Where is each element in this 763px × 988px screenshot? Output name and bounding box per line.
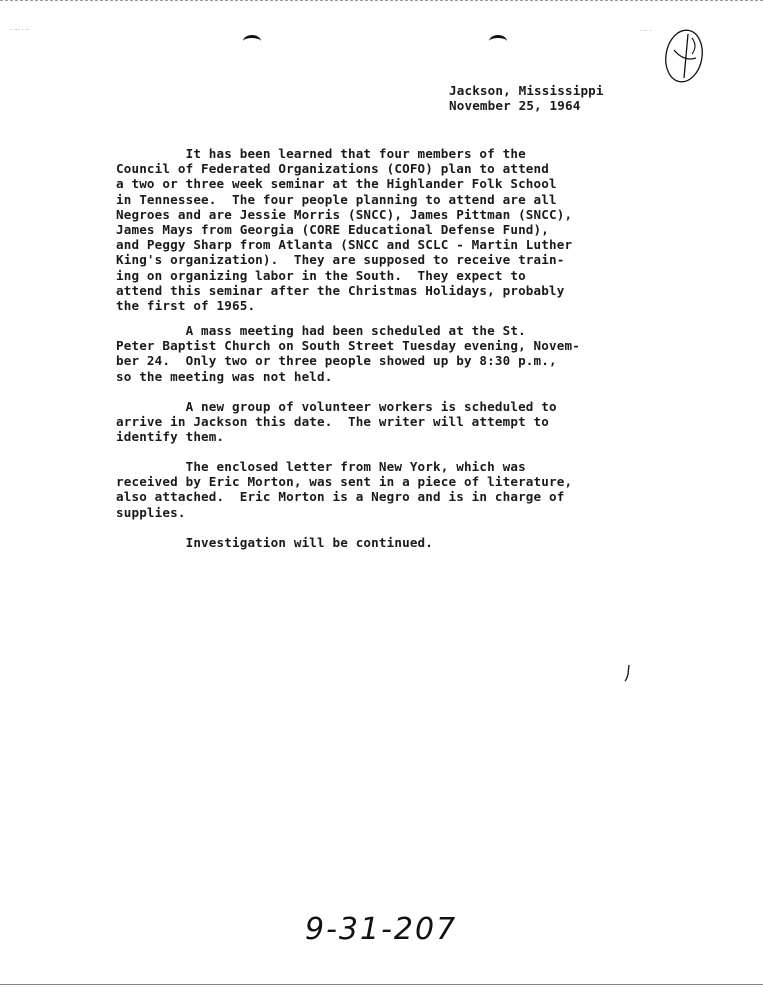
text-line: Negroes and are Jessie Morris (SNCC), Ja… <box>116 207 656 222</box>
bottom-edge-divider <box>0 984 763 985</box>
text-line: James Mays from Georgia (CORE Educationa… <box>116 222 656 237</box>
text-line: supplies. <box>116 505 656 520</box>
scan-specks: · ·· · <box>640 28 651 35</box>
circled-handwritten-mark-icon <box>662 28 706 84</box>
text-line: Council of Federated Organizations (COFO… <box>116 161 656 176</box>
text-line: It has been learned that four members of… <box>116 146 656 161</box>
text-line: in Tennessee. The four people planning t… <box>116 192 656 207</box>
handwritten-tick-icon <box>624 664 630 682</box>
paragraph-cofo-seminar: It has been learned that four members of… <box>116 146 656 313</box>
text-line: the first of 1965. <box>116 298 656 313</box>
top-edge-divider <box>0 0 763 1</box>
text-line: ber 24. Only two or three people showed … <box>116 353 656 368</box>
paragraph-mass-meeting: A mass meeting had been scheduled at the… <box>116 323 656 384</box>
text-line: arrive in Jackson this date. The writer … <box>116 414 656 429</box>
text-line: received by Eric Morton, was sent in a p… <box>116 474 656 489</box>
handwritten-file-number: 9-31-207 <box>305 912 457 947</box>
date-text: November 25, 1964 <box>449 98 604 113</box>
text-line: and Peggy Sharp from Atlanta (SNCC and S… <box>116 237 656 252</box>
text-line: also attached. Eric Morton is a Negro an… <box>116 489 656 504</box>
text-line: attend this seminar after the Christmas … <box>116 283 656 298</box>
text-line: a two or three week seminar at the Highl… <box>116 176 656 191</box>
paragraph-investigation-continued: Investigation will be continued. <box>116 535 656 550</box>
scan-specks: · ··· · ·· <box>10 27 29 34</box>
location-text: Jackson, Mississippi <box>449 83 604 98</box>
text-line: The enclosed letter from New York, which… <box>116 459 656 474</box>
paragraph-enclosed-letter: The enclosed letter from New York, which… <box>116 459 656 520</box>
paragraph-volunteer-workers: A new group of volunteer workers is sche… <box>116 399 656 445</box>
text-line: A mass meeting had been scheduled at the… <box>116 323 656 338</box>
text-line: Investigation will be continued. <box>116 535 656 550</box>
hole-punch-mark-icon <box>243 35 261 48</box>
text-line: identify them. <box>116 429 656 444</box>
letter-heading: Jackson, MississippiNovember 25, 1964 <box>449 83 604 113</box>
text-line: Peter Baptist Church on South Street Tue… <box>116 338 656 353</box>
document-page: · ··· · ·· · ·· · Jackson, MississippiNo… <box>0 0 763 988</box>
text-line: so the meeting was not held. <box>116 369 656 384</box>
text-line: King's organization). They are supposed … <box>116 252 656 267</box>
text-line: ing on organizing labor in the South. Th… <box>116 268 656 283</box>
hole-punch-mark-icon <box>489 35 507 48</box>
text-line: A new group of volunteer workers is sche… <box>116 399 656 414</box>
